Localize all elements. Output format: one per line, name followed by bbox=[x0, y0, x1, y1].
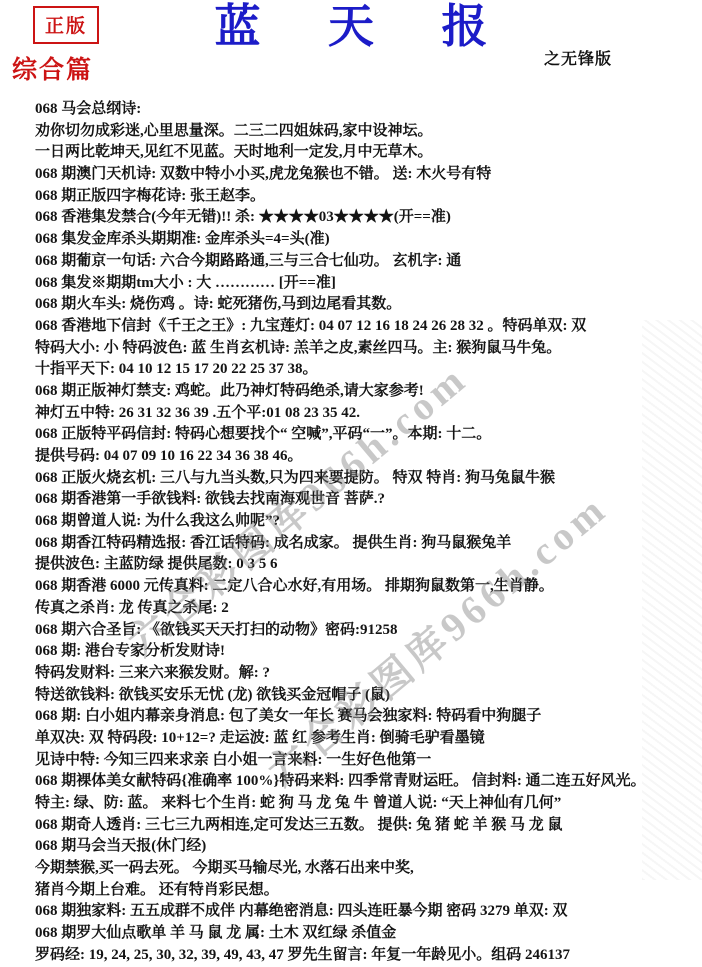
text-line: 猪肖今期上台难。 还有特肖彩民想。 bbox=[35, 880, 685, 902]
text-line: 068 期裸体美女献特码{准确率 100%}特码来料: 四季常青财运旺。 信封料… bbox=[35, 771, 685, 793]
text-line: 068 期正版神灯禁支: 鸡蛇。此乃神灯特码绝杀,请大家参考! bbox=[35, 381, 685, 403]
newspaper-page: 正版 蓝 天 报 之无锋版 综合篇 六合彩图库966h.com 六合彩图库966… bbox=[0, 0, 702, 967]
text-line: 068 期火车头: 烧伤鸡 。诗: 蛇死猪伤,马到边尾看其数。 bbox=[35, 294, 685, 316]
text-line: 特码大小: 小 特码波色: 蓝 生肖玄机诗: 羔羊之皮,素丝四马。主: 猴狗鼠马… bbox=[35, 338, 685, 360]
text-line: 神灯五中特: 26 31 32 36 39 .五个平:01 08 23 35 4… bbox=[35, 403, 685, 425]
text-line: 特码发财料: 三来六来猴发财。解: ? bbox=[35, 663, 685, 685]
text-line: 068 期六合圣旨: 《欲钱买天天打扫的动物》密码:91258 bbox=[35, 620, 685, 642]
text-line: 068 集发※期期tm大小 : 大 ………… [开==准] bbox=[35, 273, 685, 295]
text-line: 特送欲钱料: 欲钱买安乐无忧 (龙) 欲钱买金冠帽子 (鼠) bbox=[35, 685, 685, 707]
text-line: 068 期马会当天报(休门经) bbox=[35, 836, 685, 858]
tips-text-block: 068 马会总纲诗: 劝你切勿成彩迷,心里思量深。二三二四姐妹码,家中设神坛。 … bbox=[35, 99, 685, 967]
text-line: 见诗中特: 今知三四来求亲 白小姐一言来料: 一生好色他第一 bbox=[35, 750, 685, 772]
text-line: 068 期香江特码精选报: 香江话特码: 成名成家。 提供生肖: 狗马鼠猴兔羊 bbox=[35, 533, 685, 555]
text-line: 068 期香港第一手欲钱料: 欲钱去找南海观世音 菩萨.? bbox=[35, 489, 685, 511]
text-line: 068 期葡京一句话: 六合今期路路通,三与三合七仙功。 玄机字: 通 bbox=[35, 251, 685, 273]
text-line: 罗码经: 19, 24, 25, 30, 32, 39, 49, 43, 47 … bbox=[35, 945, 685, 967]
text-line: 068 期罗大仙点歌单 羊 马 鼠 龙 属: 土木 双红绿 杀值金 bbox=[35, 923, 685, 945]
text-line: 今期禁猴,买一码去死。 今期买马输尽光, 水落石出来中奖, bbox=[35, 858, 685, 880]
text-line: 068 期: 港台专家分析发财诗! bbox=[35, 641, 685, 663]
text-line: 一日两比乾坤天,见红不见蓝。天时地利一定发,月中无草木。 bbox=[35, 142, 685, 164]
text-line: 068 正版火烧玄机: 三八与九当头数,只为四来要提防。 特双 特肖: 狗马兔鼠… bbox=[35, 468, 685, 490]
text-line: 单双决: 双 特码段: 10+12=? 走运波: 蓝 红 参考生肖: 倒骑毛驴看… bbox=[35, 728, 685, 750]
text-line: 提供波色: 主蓝防绿 提供尾数: 0 3 5 6 bbox=[35, 554, 685, 576]
text-line: 068 集发金库杀头期期准: 金库杀头=4=头(准) bbox=[35, 229, 685, 251]
text-line: 068 正版特平码信封: 特码心想要找个“ 空喊”,平码“一”。本期: 十二。 bbox=[35, 424, 685, 446]
edition-label: 之无锋版 bbox=[544, 46, 612, 69]
text-line: 068 期澳门天机诗: 双数中特小小买,虎龙兔猴也不错。 送: 木火号有特 bbox=[35, 164, 685, 186]
text-line: 劝你切勿成彩迷,心里思量深。二三二四姐妹码,家中设神坛。 bbox=[35, 121, 685, 143]
text-line: 068 马会总纲诗: bbox=[35, 99, 685, 121]
text-line: 特主: 绿、防: 蓝。 来料七个生肖: 蛇 狗 马 龙 兔 牛 曾道人说: “天… bbox=[35, 793, 685, 815]
text-line: 十指平天下: 04 10 12 15 17 20 22 25 37 38。 bbox=[35, 359, 685, 381]
text-line: 提供号码: 04 07 09 10 16 22 34 36 38 46。 bbox=[35, 446, 685, 468]
text-line: 068 期: 白小姐内幕亲身消息: 包了美女一年长 赛马会独家料: 特码看中狗腿… bbox=[35, 706, 685, 728]
text-line: 068 期奇人透肖: 三七三九两相连,定可发达三五数。 提供: 兔 猪 蛇 羊 … bbox=[35, 815, 685, 837]
text-line: 068 期独家料: 五五成群不成伴 内幕绝密消息: 四头连旺暴今期 密码 327… bbox=[35, 901, 685, 923]
section-title: 综合篇 bbox=[12, 50, 93, 86]
text-line: 068 香港集发禁合(今年无错)!! 杀: ★★★★03★★★★(开==准) bbox=[35, 207, 685, 229]
text-line: 068 期香港 6000 元传真料: 二定八合心水好,有用场。 排期狗鼠数第一,… bbox=[35, 576, 685, 598]
text-line: 068 期曾道人说: 为什么我这么帅呢”? bbox=[35, 511, 685, 533]
text-line: 068 期正版四字梅花诗: 张王赵李。 bbox=[35, 186, 685, 208]
text-line: 传真之杀肖: 龙 传真之杀尾: 2 bbox=[35, 598, 685, 620]
text-line: 068 香港地下信封《千王之王》: 九宝莲灯: 04 07 12 16 18 2… bbox=[35, 316, 685, 338]
